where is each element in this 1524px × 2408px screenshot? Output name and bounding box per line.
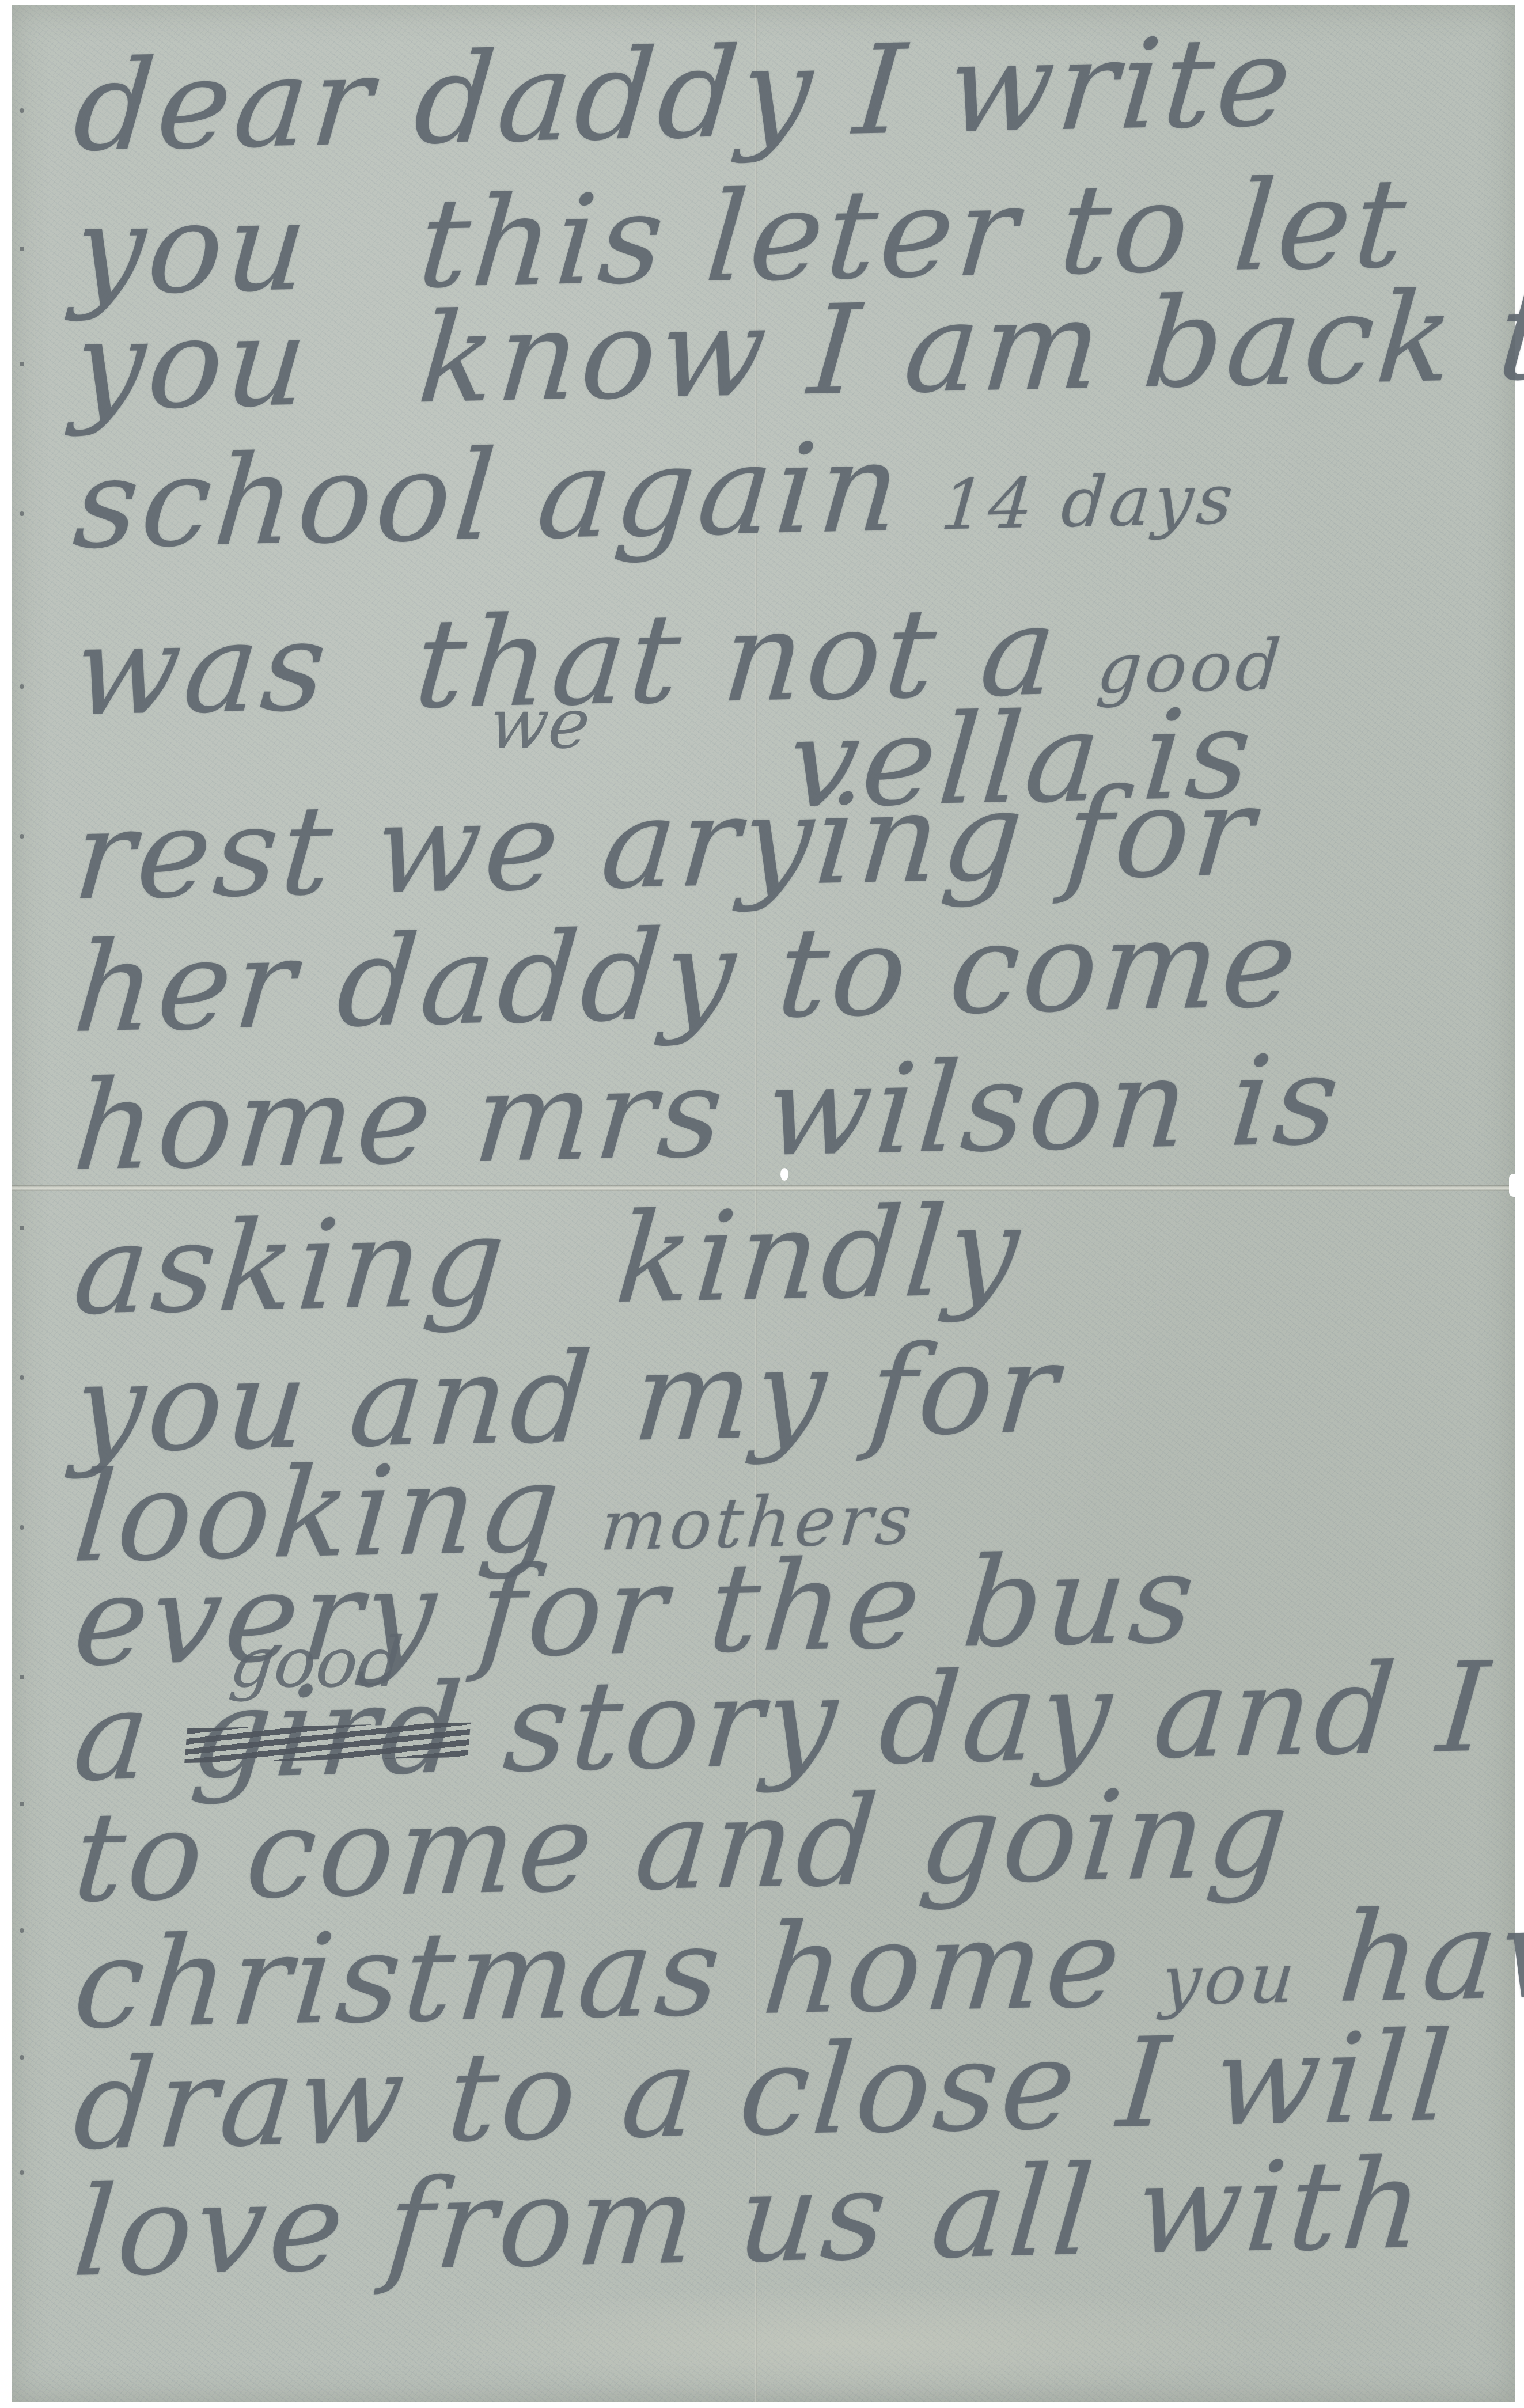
word: daddy	[410, 29, 820, 161]
margin-dot	[20, 834, 24, 839]
word: with	[1131, 2142, 1431, 2272]
word: write	[943, 20, 1299, 151]
word: draw	[70, 2037, 413, 2167]
margin-dot	[20, 108, 24, 113]
inserted-word-we: we	[486, 684, 594, 764]
margin-dot	[20, 684, 24, 689]
letter-line-9: homemrswilsonis	[70, 1037, 1387, 1188]
margin-dot	[20, 362, 24, 366]
letter-line-3: youknowI amback to	[70, 271, 1524, 428]
word: was	[70, 604, 335, 733]
margin-dot	[20, 1226, 24, 1230]
word: us all	[734, 2149, 1101, 2280]
word: I will	[1114, 2015, 1459, 2145]
word: day	[875, 1653, 1119, 1781]
word: rest	[70, 788, 340, 917]
word: come	[945, 901, 1305, 1032]
letter-line-18: lovefromus allwith	[70, 2141, 1472, 2294]
word: mrs	[469, 1051, 731, 1180]
word: a	[70, 1673, 158, 1799]
margin-dot	[20, 1525, 24, 1530]
word: close	[735, 2023, 1083, 2153]
word: we	[370, 783, 567, 911]
margin-dot	[20, 1928, 24, 1933]
word: and	[631, 1779, 885, 1908]
word: home	[70, 1057, 439, 1188]
word: to	[70, 1793, 211, 1920]
word: for	[865, 1326, 1066, 1454]
word: you	[1159, 1944, 1301, 2016]
letter-line-10: askingkindly	[70, 1188, 1068, 1332]
letter-line-4: schoolagain14 days	[70, 417, 1283, 566]
margin-dot	[20, 1375, 24, 1380]
edge-notch	[1509, 1174, 1517, 1197]
word: love	[70, 2164, 352, 2294]
word: is	[1226, 1038, 1347, 1164]
word: you	[70, 299, 315, 427]
word: know	[415, 290, 775, 421]
word: 14 days	[938, 465, 1239, 541]
word: school	[70, 434, 503, 566]
margin-dot	[20, 1802, 24, 1806]
word: I am	[1434, 1640, 1524, 1770]
word: back to	[1139, 272, 1524, 406]
word: have	[1335, 1890, 1524, 2020]
word: going	[915, 1770, 1296, 1902]
word: I am	[805, 283, 1109, 413]
word: daddy	[333, 912, 743, 1044]
margin-dot	[20, 247, 24, 251]
word: her	[70, 922, 303, 1050]
word: kindly	[612, 1189, 1027, 1321]
word: from	[382, 2157, 704, 2287]
margin-dot	[20, 2055, 24, 2060]
margin-dot	[20, 1675, 24, 1679]
word: I	[850, 28, 913, 153]
word: to	[773, 909, 915, 1036]
word: and	[1149, 1647, 1403, 1776]
letter-paper: deardaddyIwrite youthisleterto let youkn…	[12, 5, 1515, 2402]
word: come	[241, 1785, 601, 1916]
word: to a	[443, 2030, 705, 2159]
margin-dot	[20, 2170, 24, 2175]
letter-line-1: deardaddyIwrite	[70, 18, 1340, 169]
word: for	[1061, 769, 1262, 897]
struck-word: gird	[188, 1667, 470, 1796]
letter-line-15: tocomeandgoing	[70, 1769, 1336, 1920]
letter-line-8: herdaddytocome	[70, 900, 1345, 1050]
word: my	[630, 1331, 835, 1459]
margin-dot	[20, 511, 24, 516]
word: wilson	[761, 1041, 1196, 1174]
paper-stain	[415, 2285, 1279, 2401]
word: dear	[70, 39, 380, 169]
word: asking	[70, 1199, 513, 1332]
word: arying	[597, 774, 1031, 907]
word: again	[533, 425, 908, 556]
